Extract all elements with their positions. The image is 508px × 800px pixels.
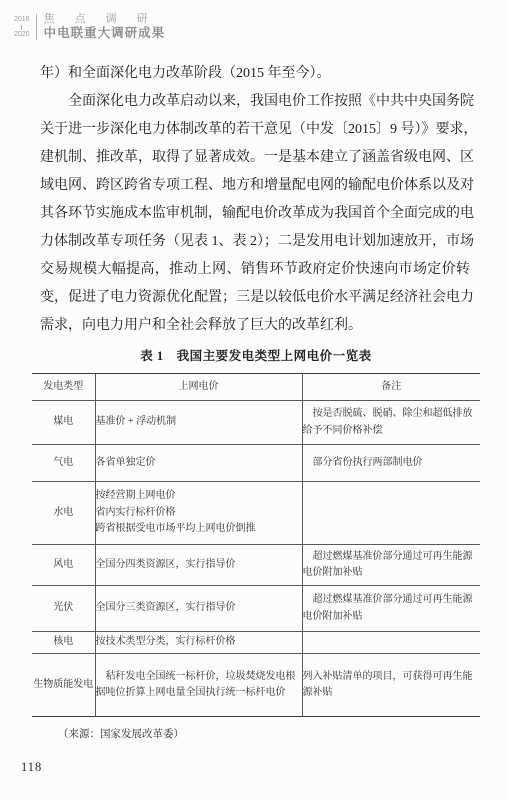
masthead-text: 焦点调研 中电联重大调研成果 bbox=[44, 13, 168, 41]
table-row: 核电 按技术类型分类，实行标杆价格 bbox=[32, 632, 480, 654]
page-number: 118 bbox=[21, 760, 42, 775]
body-line: 变，促进了电力资源优化配置；三是以较低电价水平满足经济社会电力 bbox=[40, 284, 470, 312]
table-block: 表 1 我国主要发电类型上网电价一览表 发电类型 上网电价 备注 煤电 基准价 … bbox=[32, 346, 480, 741]
table-header-row: 发电类型 上网电价 备注 bbox=[32, 374, 480, 401]
cell-price: 按经营期上网电价 省内实行标杆价格 跨省根据受电市场平均上网电价倒推 bbox=[95, 482, 302, 545]
body-line: 建机制、推改革，取得了显著成效。一是基本建立了涵盖省级电网、区 bbox=[40, 144, 470, 172]
cell-note: 按是否脱硫、脱硝、除尘和超低排放给予不同价格补偿 bbox=[302, 401, 480, 445]
body-line: 关于进一步深化电力体制改革的若干意见（中发〔2015〕9 号）》要求， bbox=[40, 116, 470, 144]
cell-price: 秸秆发电全国统一标杆价，垃圾焚烧发电根据吨位折算上网电量全国执行统一标杆电价 bbox=[95, 654, 302, 717]
cell-note: 部分省份执行两部制电价 bbox=[302, 445, 480, 482]
table-row: 煤电 基准价 + 浮动机制 按是否脱硫、脱硝、除尘和超低排放给予不同价格补偿 bbox=[32, 401, 480, 445]
col-header-price: 上网电价 bbox=[95, 374, 302, 401]
cell-note: 列入补贴清单的项目，可获得可再生能源补贴 bbox=[302, 654, 480, 717]
cell-type: 核电 bbox=[32, 632, 95, 654]
table-row: 风电 全国分四类资源区，实行指导价 超过燃煤基准价部分通过可再生能源电价附加补贴 bbox=[32, 545, 480, 586]
body-line: 需求，向电力用户和全社会释放了巨大的改革红利。 bbox=[40, 312, 470, 340]
cell-price: 基准价 + 浮动机制 bbox=[95, 401, 302, 445]
cell-note bbox=[302, 632, 480, 654]
cell-note bbox=[302, 482, 480, 545]
cell-type: 气电 bbox=[32, 445, 95, 482]
body-line: 其各环节实施成本监审机制，输配电价改革成为我国首个全面完成的电 bbox=[40, 200, 470, 228]
body-line: 域电网、跨区跨省专项工程、地方和增量配电网的输配电价体系以及对 bbox=[40, 172, 470, 200]
body-line: 全面深化电力改革启动以来，我国电价工作按照《中共中央国务院 bbox=[40, 88, 470, 116]
book-page: 2016 2020 焦点调研 中电联重大调研成果 年）和全面深化电力改革阶段（2… bbox=[0, 0, 508, 800]
cell-type: 风电 bbox=[32, 545, 95, 586]
masthead-year-range: 2016 2020 bbox=[14, 16, 30, 39]
body-text: 年）和全面深化电力改革阶段（2015 年至今）。 全面深化电力改革启动以来，我国… bbox=[40, 60, 470, 340]
cell-price: 各省单独定价 bbox=[95, 445, 302, 482]
table-row: 气电 各省单独定价 部分省份执行两部制电价 bbox=[32, 445, 480, 482]
masthead-series-label: 焦点调研 bbox=[44, 13, 168, 26]
table-source-note: （来源：国家发展改革委） bbox=[32, 726, 480, 741]
body-line: 力体制改革专项任务（见表 1、表 2）；二是发用电计划加速放开，市场 bbox=[40, 228, 470, 256]
price-line: 省内实行标杆价格 bbox=[96, 505, 302, 522]
masthead-year-start: 2016 bbox=[14, 16, 30, 24]
table-row: 光伏 全国分三类资源区，实行指导价 超过燃煤基准价部分通过可再生能源电价附加补贴 bbox=[32, 586, 480, 632]
cell-note: 超过燃煤基准价部分通过可再生能源电价附加补贴 bbox=[302, 545, 480, 586]
masthead-title: 中电联重大调研成果 bbox=[44, 26, 168, 41]
masthead: 2016 2020 焦点调研 中电联重大调研成果 bbox=[14, 13, 168, 41]
cell-type: 生物质能发电 bbox=[32, 654, 95, 717]
table-row: 生物质能发电 秸秆发电全国统一标杆价，垃圾焚烧发电根据吨位折算上网电量全国执行统… bbox=[32, 654, 480, 717]
body-line: 交易规模大幅提高，推动上网、销售环节政府定价快速向市场定价转 bbox=[40, 256, 470, 284]
body-line: 年）和全面深化电力改革阶段（2015 年至今）。 bbox=[40, 60, 470, 88]
cell-price: 按技术类型分类，实行标杆价格 bbox=[95, 632, 302, 654]
price-line: 按经营期上网电价 bbox=[96, 488, 302, 505]
price-line: 跨省根据受电市场平均上网电价倒推 bbox=[96, 521, 302, 538]
masthead-year-tick bbox=[21, 25, 22, 30]
masthead-divider bbox=[36, 14, 37, 40]
masthead-year-end: 2020 bbox=[14, 31, 30, 39]
cell-type: 煤电 bbox=[32, 401, 95, 445]
cell-type: 水电 bbox=[32, 482, 95, 545]
cell-price: 全国分四类资源区，实行指导价 bbox=[95, 545, 302, 586]
table-row: 水电 按经营期上网电价 省内实行标杆价格 跨省根据受电市场平均上网电价倒推 bbox=[32, 482, 480, 545]
tariff-table: 发电类型 上网电价 备注 煤电 基准价 + 浮动机制 按是否脱硫、脱硝、除尘和超… bbox=[32, 373, 480, 717]
table-title: 表 1 我国主要发电类型上网电价一览表 bbox=[32, 346, 480, 364]
cell-price: 全国分三类资源区，实行指导价 bbox=[95, 586, 302, 632]
col-header-type: 发电类型 bbox=[32, 374, 95, 401]
cell-note: 超过燃煤基准价部分通过可再生能源电价附加补贴 bbox=[302, 586, 480, 632]
col-header-note: 备注 bbox=[302, 374, 480, 401]
cell-type: 光伏 bbox=[32, 586, 95, 632]
